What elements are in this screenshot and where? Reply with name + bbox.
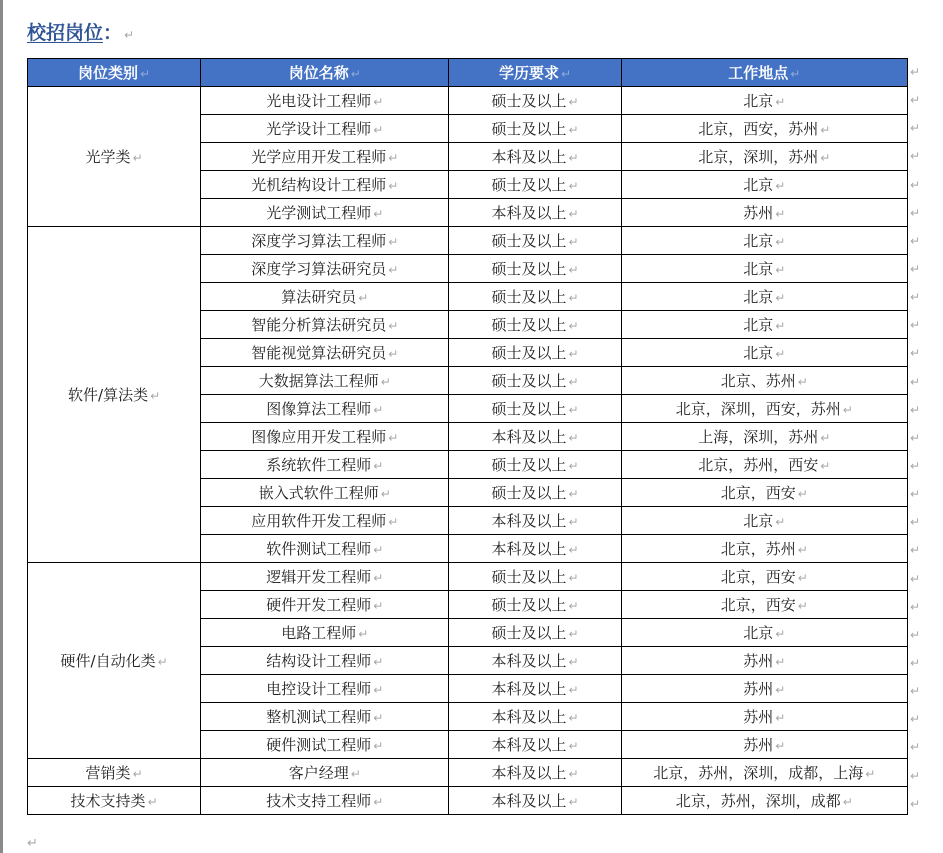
position-name-cell: 大数据算法工程师↵ — [201, 367, 449, 395]
position-name-cell: 结构设计工程师↵ — [201, 647, 449, 675]
paragraph-mark-icon: ↵ — [775, 347, 785, 361]
positions-table: 岗位类别↵ 岗位名称↵ 学历要求↵ 工作地点↵ 光学类↵光电设计工程师↵硕士及以… — [27, 58, 908, 815]
paragraph-mark-icon: ↵ — [351, 767, 361, 781]
row-end-mark-icon: ↵ — [910, 705, 930, 733]
paragraph-mark-icon: ↵ — [569, 711, 579, 725]
location-cell: 北京，深圳，苏州↵ — [621, 143, 907, 171]
paragraph-mark-icon: ↵ — [798, 543, 808, 557]
position-name-cell: 硬件开发工程师↵ — [201, 591, 449, 619]
position-name-cell: 应用软件开发工程师↵ — [201, 507, 449, 535]
paragraph-mark-icon: ↵ — [790, 67, 800, 81]
row-end-mark-icon: ↵ — [910, 368, 930, 396]
paragraph-mark-icon: ↵ — [798, 571, 808, 585]
position-name-cell: 光学测试工程师↵ — [201, 199, 449, 227]
position-name-cell: 电路工程师↵ — [201, 619, 449, 647]
row-end-mark-icon: ↵ — [910, 86, 930, 114]
category-cell: 营销类↵ — [28, 759, 201, 787]
paragraph-mark-icon: ↵ — [373, 571, 383, 585]
location-cell: 北京、苏州↵ — [621, 367, 907, 395]
position-name-cell: 深度学习算法工程师↵ — [201, 227, 449, 255]
row-end-mark-icon: ↵ — [910, 58, 930, 86]
paragraph-mark-icon: ↵ — [569, 95, 579, 109]
position-name-cell: 算法研究员↵ — [201, 283, 449, 311]
title-text: 校招岗位 — [27, 22, 103, 44]
education-cell: 硕士及以上↵ — [449, 367, 621, 395]
location-cell: 北京↵ — [621, 311, 907, 339]
paragraph-mark-icon: ↵ — [158, 655, 168, 669]
paragraph-mark-icon: ↵ — [775, 683, 785, 697]
paragraph-mark-icon: ↵ — [373, 459, 383, 473]
education-cell: 硕士及以上↵ — [449, 479, 621, 507]
paragraph-mark-icon: ↵ — [381, 487, 391, 501]
education-cell: 本科及以上↵ — [449, 787, 621, 815]
row-end-mark-icon: ↵ — [910, 424, 930, 452]
table-body: 光学类↵光电设计工程师↵硕士及以上↵北京↵光学设计工程师↵硕士及以上↵北京，西安… — [28, 87, 908, 815]
paragraph-mark-icon: ↵ — [569, 403, 579, 417]
paragraph-mark-icon: ↵ — [388, 263, 398, 277]
paragraph-mark-icon: ↵ — [373, 739, 383, 753]
location-cell: 北京↵ — [621, 619, 907, 647]
paragraph-mark-icon: ↵ — [569, 599, 579, 613]
education-cell: 硕士及以上↵ — [449, 451, 621, 479]
paragraph-mark-icon: ↵ — [388, 319, 398, 333]
paragraph-mark-icon: ↵ — [373, 711, 383, 725]
education-cell: 硕士及以上↵ — [449, 591, 621, 619]
location-cell: 北京，西安，苏州↵ — [621, 115, 907, 143]
paragraph-mark-icon: ↵ — [569, 347, 579, 361]
paragraph-mark-icon: ↵ — [381, 375, 391, 389]
education-cell: 硕士及以上↵ — [449, 227, 621, 255]
table-row: 营销类↵客户经理↵本科及以上↵北京，苏州，深圳，成都，上海↵ — [28, 759, 908, 787]
education-cell: 本科及以上↵ — [449, 647, 621, 675]
position-name-cell: 技术支持工程师↵ — [201, 787, 449, 815]
paragraph-mark-icon: ↵ — [569, 179, 579, 193]
location-cell: 北京，苏州，深圳，成都↵ — [621, 787, 907, 815]
education-cell: 硕士及以上↵ — [449, 339, 621, 367]
education-cell: 硕士及以上↵ — [449, 171, 621, 199]
paragraph-mark-icon: ↵ — [569, 795, 579, 809]
education-cell: 硕士及以上↵ — [449, 115, 621, 143]
paragraph-mark-icon: ↵ — [373, 795, 383, 809]
paragraph-mark-icon: ↵ — [27, 836, 38, 851]
paragraph-mark-icon: ↵ — [569, 375, 579, 389]
location-cell: 北京，西安↵ — [621, 479, 907, 507]
paragraph-mark-icon: ↵ — [569, 319, 579, 333]
paragraph-mark-icon: ↵ — [775, 95, 785, 109]
position-name-cell: 光学应用开发工程师↵ — [201, 143, 449, 171]
position-name-cell: 电控设计工程师↵ — [201, 675, 449, 703]
paragraph-mark-icon: ↵ — [569, 207, 579, 221]
category-cell: 光学类↵ — [28, 87, 201, 227]
position-name-cell: 图像算法工程师↵ — [201, 395, 449, 423]
header-position: 岗位名称↵ — [201, 59, 449, 87]
paragraph-mark-icon: ↵ — [820, 459, 830, 473]
education-cell: 本科及以上↵ — [449, 199, 621, 227]
paragraph-mark-icon: ↵ — [148, 795, 158, 809]
position-name-cell: 硬件测试工程师↵ — [201, 731, 449, 759]
paragraph-mark-icon: ↵ — [775, 655, 785, 669]
row-end-mark-icon: ↵ — [910, 171, 930, 199]
paragraph-mark-icon: ↵ — [140, 67, 150, 81]
location-cell: 北京↵ — [621, 87, 907, 115]
location-cell: 北京，西安↵ — [621, 591, 907, 619]
title-colon: ： — [103, 22, 122, 44]
page-margin-bar — [0, 0, 3, 853]
paragraph-mark-icon: ↵ — [373, 95, 383, 109]
position-name-cell: 客户经理↵ — [201, 759, 449, 787]
paragraph-mark-icon: ↵ — [358, 291, 368, 305]
row-end-mark-icon: ↵ — [910, 649, 930, 677]
location-cell: 上海，深圳，苏州↵ — [621, 423, 907, 451]
position-name-cell: 光机结构设计工程师↵ — [201, 171, 449, 199]
row-end-mark-icon: ↵ — [910, 593, 930, 621]
paragraph-mark-icon: ↵ — [150, 389, 160, 403]
row-end-mark-icon: ↵ — [910, 142, 930, 170]
paragraph-mark-icon: ↵ — [843, 795, 853, 809]
education-cell: 硕士及以上↵ — [449, 395, 621, 423]
paragraph-mark-icon: ↵ — [373, 683, 383, 697]
location-cell: 北京↵ — [621, 339, 907, 367]
education-cell: 本科及以上↵ — [449, 423, 621, 451]
paragraph-mark-icon: ↵ — [373, 543, 383, 557]
paragraph-mark-icon: ↵ — [569, 571, 579, 585]
education-cell: 本科及以上↵ — [449, 507, 621, 535]
paragraph-mark-icon: ↵ — [388, 235, 398, 249]
row-end-mark-icon: ↵ — [910, 311, 930, 339]
paragraph-mark-icon: ↵ — [373, 403, 383, 417]
position-name-cell: 系统软件工程师↵ — [201, 451, 449, 479]
education-cell: 硕士及以上↵ — [449, 255, 621, 283]
education-cell: 硕士及以上↵ — [449, 311, 621, 339]
location-cell: 北京↵ — [621, 227, 907, 255]
row-end-mark-icon: ↵ — [910, 790, 930, 818]
row-end-mark-icon: ↵ — [910, 508, 930, 536]
paragraph-mark-icon: ↵ — [373, 207, 383, 221]
position-name-cell: 图像应用开发工程师↵ — [201, 423, 449, 451]
paragraph-mark-icon: ↵ — [373, 123, 383, 137]
row-end-mark-icon: ↵ — [910, 199, 930, 227]
paragraph-mark-icon: ↵ — [820, 151, 830, 165]
table-row: 硬件/自动化类↵逻辑开发工程师↵硕士及以上↵北京，西安↵ — [28, 563, 908, 591]
paragraph-mark-icon: ↵ — [388, 431, 398, 445]
paragraph-mark-icon: ↵ — [775, 291, 785, 305]
table-header-row: 岗位类别↵ 岗位名称↵ 学历要求↵ 工作地点↵ — [28, 59, 908, 87]
location-cell: 北京↵ — [621, 171, 907, 199]
table-row: 软件/算法类↵深度学习算法工程师↵硕士及以上↵北京↵ — [28, 227, 908, 255]
paragraph-mark-icon: ↵ — [569, 459, 579, 473]
row-end-mark-icon: ↵ — [910, 255, 930, 283]
category-cell: 软件/算法类↵ — [28, 227, 201, 563]
paragraph-mark-icon: ↵ — [820, 123, 830, 137]
paragraph-mark-icon: ↵ — [388, 515, 398, 529]
paragraph-mark-icon: ↵ — [388, 179, 398, 193]
location-cell: 北京，苏州↵ — [621, 535, 907, 563]
paragraph-mark-icon: ↵ — [561, 67, 571, 81]
position-name-cell: 整机测试工程师↵ — [201, 703, 449, 731]
education-cell: 硕士及以上↵ — [449, 87, 621, 115]
education-cell: 硕士及以上↵ — [449, 283, 621, 311]
paragraph-mark-icon: ↵ — [569, 767, 579, 781]
position-name-cell: 嵌入式软件工程师↵ — [201, 479, 449, 507]
row-end-mark-icon: ↵ — [910, 227, 930, 255]
table-row: 技术支持类↵技术支持工程师↵本科及以上↵北京，苏州，深圳，成都↵ — [28, 787, 908, 815]
education-cell: 本科及以上↵ — [449, 143, 621, 171]
paragraph-mark-icon: ↵ — [775, 179, 785, 193]
paragraph-mark-icon: ↵ — [569, 291, 579, 305]
location-cell: 北京，苏州，深圳，成都，上海↵ — [621, 759, 907, 787]
paragraph-mark-icon: ↵ — [569, 235, 579, 249]
paragraph-mark-icon: ↵ — [133, 151, 143, 165]
row-end-mark-icon: ↵ — [910, 480, 930, 508]
education-cell: 本科及以上↵ — [449, 675, 621, 703]
location-cell: 北京，苏州，西安↵ — [621, 451, 907, 479]
education-cell: 本科及以上↵ — [449, 759, 621, 787]
header-location: 工作地点↵ — [621, 59, 907, 87]
row-end-mark-icon: ↵ — [910, 677, 930, 705]
page-title: 校招岗位：↵ — [27, 18, 134, 45]
location-cell: 北京↵ — [621, 255, 907, 283]
row-end-mark-icon: ↵ — [910, 536, 930, 564]
paragraph-mark-icon: ↵ — [798, 599, 808, 613]
paragraph-mark-icon: ↵ — [775, 319, 785, 333]
paragraph-mark-icon: ↵ — [775, 515, 785, 529]
position-name-cell: 软件测试工程师↵ — [201, 535, 449, 563]
location-cell: 苏州↵ — [621, 703, 907, 731]
row-end-mark-icon: ↵ — [910, 114, 930, 142]
paragraph-mark-icon: ↵ — [569, 739, 579, 753]
education-cell: 本科及以上↵ — [449, 535, 621, 563]
paragraph-mark-icon: ↵ — [124, 28, 134, 42]
paragraph-mark-icon: ↵ — [569, 431, 579, 445]
paragraph-mark-icon: ↵ — [569, 683, 579, 697]
paragraph-mark-icon: ↵ — [569, 263, 579, 277]
row-end-mark-icon: ↵ — [910, 565, 930, 593]
paragraph-mark-icon: ↵ — [569, 543, 579, 557]
paragraph-mark-icon: ↵ — [865, 767, 875, 781]
row-end-mark-icon: ↵ — [910, 283, 930, 311]
position-name-cell: 深度学习算法研究员↵ — [201, 255, 449, 283]
row-end-marks: ↵↵↵↵↵↵↵↵↵↵↵↵↵↵↵↵↵↵↵↵↵↵↵↵↵↵↵ — [910, 58, 930, 818]
paragraph-mark-icon: ↵ — [775, 207, 785, 221]
location-cell: 北京↵ — [621, 507, 907, 535]
location-cell: 北京↵ — [621, 283, 907, 311]
row-end-mark-icon: ↵ — [910, 733, 930, 761]
location-cell: 北京，西安↵ — [621, 563, 907, 591]
position-name-cell: 智能视觉算法研究员↵ — [201, 339, 449, 367]
row-end-mark-icon: ↵ — [910, 396, 930, 424]
paragraph-mark-icon: ↵ — [569, 655, 579, 669]
header-education: 学历要求↵ — [449, 59, 621, 87]
location-cell: 苏州↵ — [621, 199, 907, 227]
paragraph-mark-icon: ↵ — [133, 767, 143, 781]
paragraph-mark-icon: ↵ — [775, 235, 785, 249]
paragraph-mark-icon: ↵ — [798, 375, 808, 389]
location-cell: 苏州↵ — [621, 675, 907, 703]
paragraph-mark-icon: ↵ — [569, 123, 579, 137]
position-name-cell: 逻辑开发工程师↵ — [201, 563, 449, 591]
position-name-cell: 智能分析算法研究员↵ — [201, 311, 449, 339]
location-cell: 北京，深圳，西安，苏州↵ — [621, 395, 907, 423]
category-cell: 技术支持类↵ — [28, 787, 201, 815]
row-end-mark-icon: ↵ — [910, 339, 930, 367]
education-cell: 硕士及以上↵ — [449, 619, 621, 647]
row-end-mark-icon: ↵ — [910, 452, 930, 480]
education-cell: 本科及以上↵ — [449, 731, 621, 759]
paragraph-mark-icon: ↵ — [569, 151, 579, 165]
position-name-cell: 光电设计工程师↵ — [201, 87, 449, 115]
paragraph-mark-icon: ↵ — [775, 627, 785, 641]
paragraph-mark-icon: ↵ — [388, 151, 398, 165]
paragraph-mark-icon: ↵ — [775, 711, 785, 725]
location-cell: 苏州↵ — [621, 647, 907, 675]
category-cell: 硬件/自动化类↵ — [28, 563, 201, 759]
paragraph-mark-icon: ↵ — [820, 431, 830, 445]
paragraph-mark-icon: ↵ — [775, 739, 785, 753]
row-end-mark-icon: ↵ — [910, 621, 930, 649]
paragraph-mark-icon: ↵ — [569, 515, 579, 529]
paragraph-mark-icon: ↵ — [798, 487, 808, 501]
paragraph-mark-icon: ↵ — [373, 655, 383, 669]
row-end-mark-icon: ↵ — [910, 762, 930, 790]
paragraph-mark-icon: ↵ — [358, 627, 368, 641]
location-cell: 苏州↵ — [621, 731, 907, 759]
header-category: 岗位类别↵ — [28, 59, 201, 87]
paragraph-mark-icon: ↵ — [569, 627, 579, 641]
paragraph-mark-icon: ↵ — [373, 599, 383, 613]
paragraph-mark-icon: ↵ — [569, 487, 579, 501]
table-row: 光学类↵光电设计工程师↵硕士及以上↵北京↵ — [28, 87, 908, 115]
paragraph-mark-icon: ↵ — [843, 403, 853, 417]
education-cell: 硕士及以上↵ — [449, 563, 621, 591]
position-name-cell: 光学设计工程师↵ — [201, 115, 449, 143]
paragraph-mark-icon: ↵ — [351, 67, 361, 81]
education-cell: 本科及以上↵ — [449, 703, 621, 731]
paragraph-mark-icon: ↵ — [388, 347, 398, 361]
paragraph-mark-icon: ↵ — [775, 263, 785, 277]
